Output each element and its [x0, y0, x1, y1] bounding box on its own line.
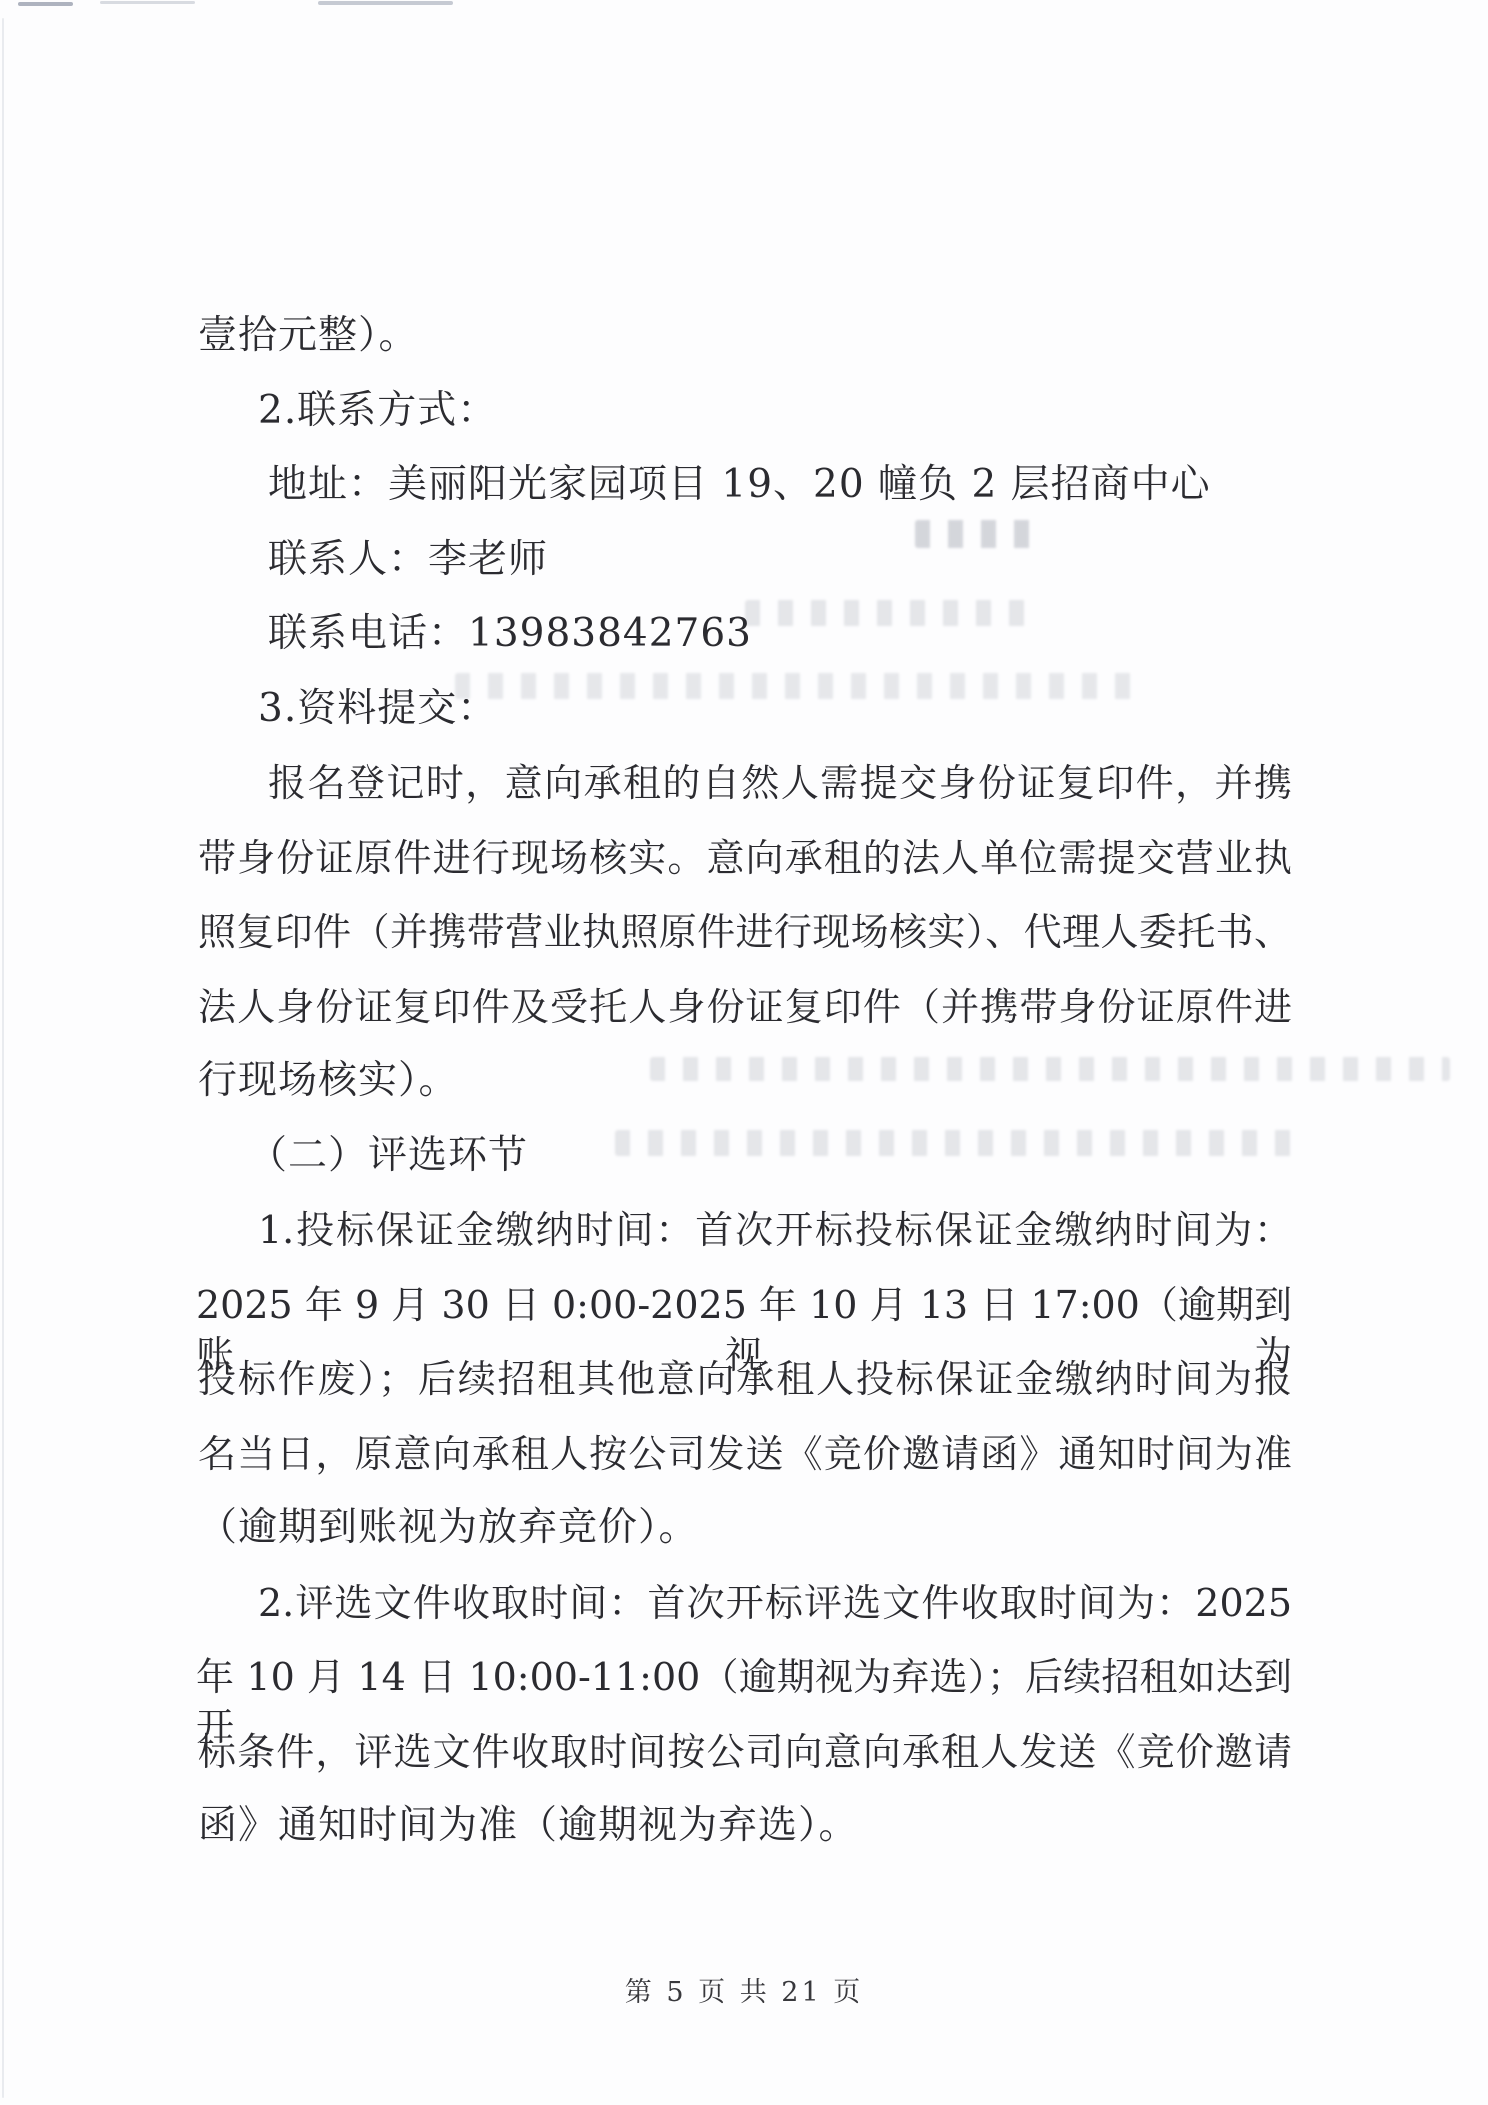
text-line-paragraph: 照复印件（并携带营业执照原件进行现场核实）、代理人委托书、 — [198, 907, 1292, 959]
bleed-through-smudge — [745, 600, 1035, 626]
text-line-contact-heading: 2.联系方式： — [258, 386, 497, 436]
text-line-paragraph-end: 行现场核实）。 — [198, 1056, 459, 1106]
bleed-through-smudge — [455, 673, 1140, 699]
scan-edge-mark — [318, 1, 453, 5]
text-line-paragraph: 报名登记时，意向承租的自然人需提交身份证复印件，并携 — [268, 758, 1292, 810]
text-line-contact-person: 联系人：李老师 — [268, 535, 548, 585]
text-line-paragraph: 投标作废）；后续招租其他意向承租人投标保证金缴纳时间为报 — [198, 1354, 1292, 1406]
scan-edge-mark — [18, 2, 73, 6]
bleed-through-smudge — [650, 1057, 1450, 1081]
bleed-through-smudge — [615, 1130, 1305, 1156]
text-line-paragraph: 法人身份证复印件及受托人身份证复印件（并携带身份证原件进 — [198, 982, 1292, 1034]
text-line-paragraph: 标条件，评选文件收取时间按公司向意向承租人发送《竞价邀请 — [198, 1727, 1292, 1779]
scan-edge-mark — [100, 1, 195, 4]
text-line-address: 地址：美丽阳光家园项目 19、20 幢负 2 层招商中心 — [268, 460, 1211, 510]
bleed-through-smudge — [915, 520, 1035, 548]
scan-edge-mark — [2, 18, 4, 2098]
text-line-paragraph: 2025 年 9 月 30 日 0:00-2025 年 10 月 13 日 17… — [196, 1280, 1292, 1332]
text-line-paragraph-end: （逾期到账视为放弃竞价）。 — [198, 1503, 699, 1553]
text-line-contact-phone: 联系电话：13983842763 — [268, 609, 752, 659]
text-line-paragraph: 带身份证原件进行现场核实。意向承租的法人单位需提交营业执 — [198, 833, 1292, 885]
text-line-section-heading: （二）评选环节 — [248, 1131, 528, 1181]
text-line-paragraph: 年 10 月 14 日 10:00-11:00（逾期视为弃选）；后续招租如达到开 — [196, 1652, 1292, 1704]
text-line-paragraph-end: 函》通知时间为准（逾期视为弃选）。 — [198, 1801, 859, 1851]
page-number-footer: 第 5 页 共 21 页 — [0, 1970, 1488, 2009]
text-line-materials-heading: 3.资料提交： — [258, 684, 497, 734]
text-line-paragraph: 2.评选文件收取时间：首次开标评选文件收取时间为：2025 — [258, 1578, 1292, 1630]
text-line-paragraph: 名当日，原意向承租人按公司发送《竞价邀请函》通知时间为准 — [198, 1429, 1292, 1481]
scanned-document-page: 壹拾元整）。 2.联系方式： 地址：美丽阳光家园项目 19、20 幢负 2 层招… — [0, 0, 1488, 2105]
text-line-paragraph: 1.投标保证金缴纳时间：首次开标投标保证金缴纳时间为： — [258, 1205, 1292, 1257]
text-line-amount-caps-end: 壹拾元整）。 — [198, 311, 419, 361]
